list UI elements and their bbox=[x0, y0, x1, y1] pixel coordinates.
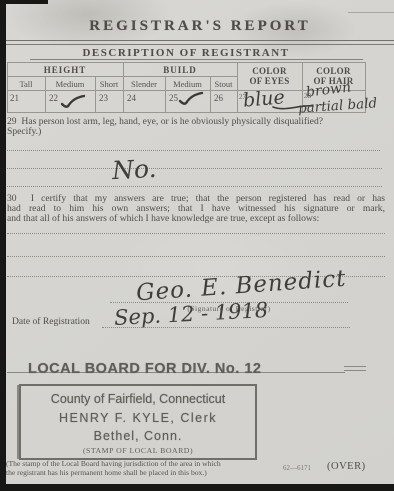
col-short-label: Short bbox=[95, 79, 123, 89]
col-medium-height-label: Medium bbox=[45, 79, 95, 89]
stamp-board-line: LOCAL BOARD FOR DIV. No. 12 bbox=[28, 361, 261, 377]
registration-date-line bbox=[102, 327, 350, 328]
footer-note: (The stamp of the Local Board having jur… bbox=[6, 460, 244, 477]
question-29-text: Has person lost arm, leg, hand, eye, or … bbox=[21, 116, 323, 127]
col-medium-build-label: Medium bbox=[165, 79, 210, 89]
scan-edge-bottom bbox=[0, 484, 394, 491]
col-stout-label: Stout bbox=[210, 79, 237, 89]
question-29-specify: Specify.) bbox=[7, 127, 382, 137]
form-number: 62—6171 bbox=[283, 464, 311, 472]
hair-header-line1: COLOR bbox=[302, 66, 365, 76]
question-29-handwritten-answer: No. bbox=[111, 154, 157, 185]
answer-line bbox=[7, 150, 380, 151]
stamp-county-line: County of Fairfield, Connecticut bbox=[21, 392, 255, 406]
scan-edge-left bbox=[0, 0, 6, 491]
section-rule bbox=[30, 59, 363, 60]
section-title: DESCRIPTION OF REGISTRANT bbox=[6, 47, 366, 59]
table-line-mid bbox=[7, 76, 237, 77]
answer-line bbox=[7, 168, 382, 169]
scan-artifact-line bbox=[348, 12, 394, 13]
footer-note-line2: the registrant has his permanent home sh… bbox=[6, 469, 244, 478]
eyes-header-line2: OF EYES bbox=[237, 76, 302, 86]
scan-artifact-dash bbox=[344, 366, 366, 371]
eyes-header-line1: COLOR bbox=[237, 66, 302, 76]
col-tall-label: Tall bbox=[7, 79, 45, 89]
question-29: 29 Has person lost arm, leg, hand, eye, … bbox=[7, 117, 382, 137]
local-board-stamp-box: County of Fairfield, Connecticut HENRY F… bbox=[19, 384, 257, 460]
certification-line3: and that all of his answers of which I h… bbox=[7, 214, 385, 224]
stamp-clerk-line: HENRY F. KYLE, Clerk bbox=[21, 411, 255, 425]
page-title: REGISTRAR'S REPORT bbox=[6, 18, 394, 35]
cell-22-number: 22 bbox=[49, 93, 58, 103]
checkmark-icon bbox=[177, 91, 205, 108]
height-group-header: HEIGHT bbox=[7, 65, 123, 75]
certification-paragraph: 30 I certify that my answers are true; t… bbox=[7, 194, 385, 223]
table-border-top bbox=[7, 62, 365, 63]
cell-26-number: 26 bbox=[214, 93, 223, 103]
col-slender-label: Slender bbox=[123, 79, 165, 89]
exception-line bbox=[7, 233, 385, 234]
answer-line bbox=[7, 186, 382, 187]
registrar-report-card: REGISTRAR'S REPORT DESCRIPTION OF REGIST… bbox=[0, 0, 394, 491]
over-label: (OVER) bbox=[327, 461, 366, 472]
cell-23-number: 23 bbox=[99, 93, 108, 103]
checkmark-icon bbox=[59, 94, 87, 111]
eyes-column-header: COLOR OF EYES bbox=[237, 66, 302, 86]
stamp-city-line: Bethel, Conn. bbox=[21, 429, 255, 443]
scan-edge-top-left bbox=[0, 0, 48, 4]
stamp-box-caption: (STAMP OF LOCAL BOARD) bbox=[21, 446, 255, 455]
exception-line bbox=[7, 256, 385, 257]
build-group-header: BUILD bbox=[123, 65, 237, 75]
title-double-rule bbox=[6, 40, 394, 45]
cell-21-number: 21 bbox=[10, 93, 19, 103]
registration-date-label: Date of Registration bbox=[12, 317, 90, 327]
cell-24-number: 24 bbox=[127, 93, 136, 103]
